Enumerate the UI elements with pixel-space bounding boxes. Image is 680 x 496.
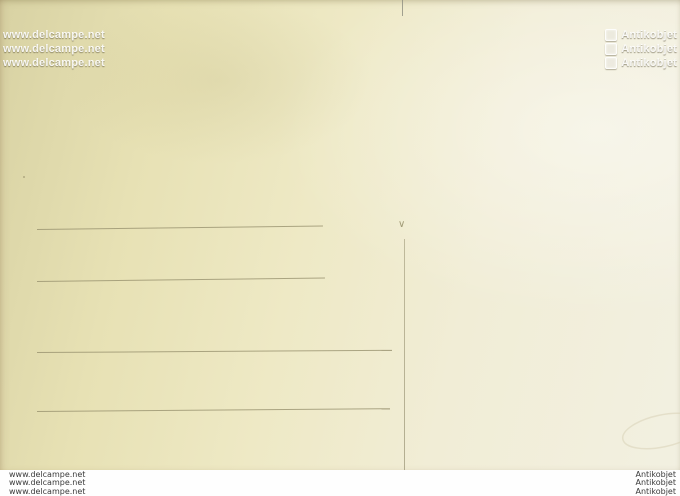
address-rule-line [37, 350, 392, 353]
watermark-url-text: www.delcampe.net [3, 42, 105, 56]
watermark-top-right: Antikobjet Antikobjet Antikobjet [605, 28, 677, 70]
watermark-bottom-left: www.delcampe.net www.delcampe.net www.de… [9, 471, 85, 496]
paper-speck [23, 176, 25, 178]
watermark-partner-text: Antikobjet [621, 42, 677, 56]
address-rule-line [37, 408, 390, 412]
card-top-tick-line [402, 0, 403, 16]
watermark-bottom-right: Antikobjet Antikobjet Antikobjet [635, 471, 676, 496]
antikobjet-logo-icon [605, 43, 617, 55]
watermark-partner-text: Antikobjet [635, 488, 676, 496]
postcard-back: ∨ [0, 0, 680, 471]
address-rule-line [37, 277, 325, 282]
antikobjet-logo-icon [605, 29, 617, 41]
paper-crease-mark [0, 0, 680, 470]
address-rule-line [37, 226, 323, 230]
watermark-footer-strip: www.delcampe.net www.delcampe.net www.de… [0, 470, 680, 496]
watermark-url-text: www.delcampe.net [3, 56, 105, 70]
watermark-partner-text: Antikobjet [621, 28, 677, 42]
watermark-url-text: www.delcampe.net [3, 28, 105, 42]
watermark-partner-text: Antikobjet [621, 56, 677, 70]
address-divider-line [404, 239, 405, 470]
watermark-url-text: www.delcampe.net [9, 488, 85, 496]
antikobjet-logo-icon [605, 57, 617, 69]
printer-v-mark: ∨ [398, 220, 405, 230]
watermark-top-left: www.delcampe.net www.delcampe.net www.de… [3, 28, 105, 70]
